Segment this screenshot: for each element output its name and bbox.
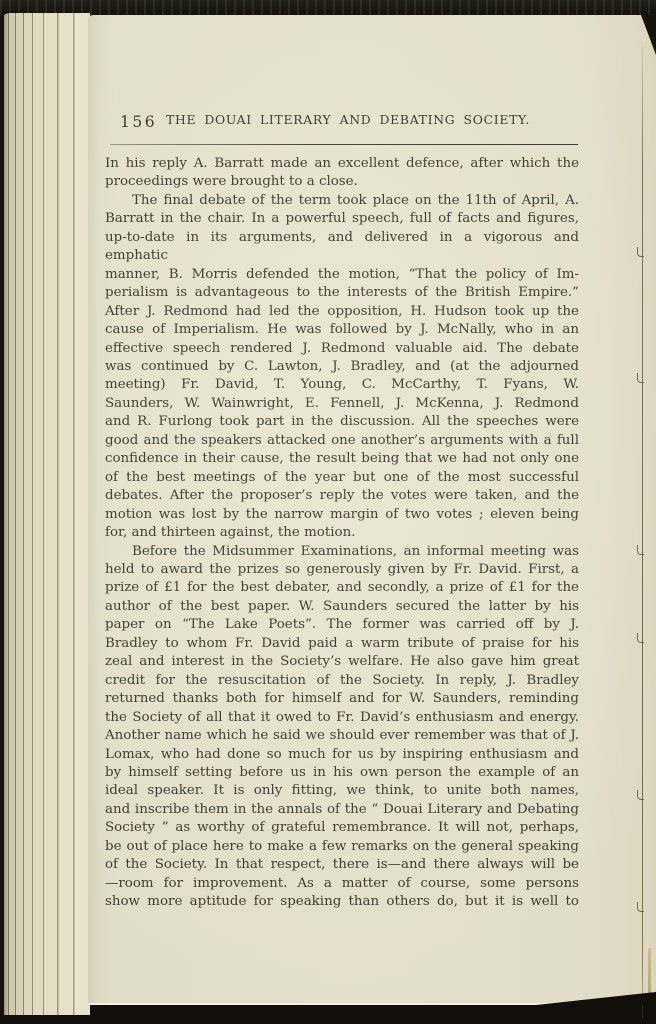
text-line: and R. Furlong took part in the discussi… [105, 413, 579, 431]
text-line: for, and thirteen against, the motion. [105, 524, 579, 542]
text-line: Bradley to whom Fr. David paid a warm tr… [105, 635, 579, 653]
text-line: zeal and interest in the Society’s welfa… [105, 653, 579, 671]
text-line: the Society of all that it owed to Fr. D… [105, 709, 579, 727]
text-line: perialism is advantageous to the interes… [105, 284, 579, 302]
book-page-edges-left [0, 13, 90, 1015]
text-line: confidence in their cause, the result be… [105, 450, 579, 468]
text-line: held to award the prizes so generously g… [105, 561, 579, 579]
text-line: Lomax, who had done so much for us by in… [105, 746, 579, 764]
text-line: credit for the resuscitation of the Soci… [105, 672, 579, 690]
text-line: prize of £1 for the best debater, and se… [105, 579, 579, 597]
page-curl-mark [637, 790, 644, 800]
text-line: and inscribe them in the annals of the “… [105, 801, 579, 819]
page-curl-mark [637, 373, 644, 383]
page-curl-mark [637, 633, 644, 643]
photo-background-top [0, 0, 656, 15]
shadow-wedge-top-right [641, 15, 656, 55]
page-number: 156 [120, 113, 157, 131]
text-line: returned thanks both for himself and for… [105, 690, 579, 708]
text-line: paper on “The Lake Poets”. The former wa… [105, 616, 579, 634]
text-line: After J. Redmond had led the opposition,… [105, 303, 579, 321]
page-content: 156 THE DOUAI LITERARY AND DEBATING SOCI… [105, 15, 579, 1003]
header-rule [110, 144, 578, 145]
text-line: —room for improvement. As a matter of co… [105, 875, 579, 893]
page-edge-crease [642, 46, 644, 1018]
text-line: Barratt in the chair. In a powerful spee… [105, 210, 579, 228]
text-line: Society ” as worthy of grateful remembra… [105, 819, 579, 837]
text-line: was continued by C. Lawton, J. Bradley, … [105, 358, 579, 376]
page-curl-mark [637, 247, 644, 257]
text-line: cause of Imperialism. He was followed by… [105, 321, 579, 339]
text-line: good and the speakers attacked one anoth… [105, 432, 579, 450]
text-line: Another name which he said we should eve… [105, 727, 579, 745]
text-line: by himself setting before us in his own … [105, 764, 579, 782]
shadow-wedge-bottom-right [536, 992, 656, 1005]
photo-background-bottom [0, 1005, 656, 1024]
text-line: Before the Midsummer Examinations, an in… [105, 543, 579, 561]
page-header: 156 THE DOUAI LITERARY AND DEBATING SOCI… [105, 112, 579, 132]
text-line: proceedings were brought to a close. [105, 173, 579, 191]
page-curl-mark [637, 902, 644, 912]
text-line: Saunders, W. Wainwright, E. Fennell, J. … [105, 395, 579, 413]
text-line: be out of place here to make a few remar… [105, 838, 579, 856]
text-line: motion was lost by the narrow margin of … [105, 506, 579, 524]
text-line: The final debate of the term took place … [105, 192, 579, 210]
text-line: effective speech rendered J. Redmond val… [105, 340, 579, 358]
text-line: In his reply A. Barratt made an excellen… [105, 155, 579, 173]
page-curl-mark [637, 545, 644, 555]
text-line: manner, B. Morris defended the motion, “… [105, 266, 579, 284]
text-line: up-to-date in its arguments, and deliver… [105, 229, 579, 266]
text-line: meeting) Fr. David, T. Young, C. McCarth… [105, 376, 579, 394]
text-line: author of the best paper. W. Saunders se… [105, 598, 579, 616]
text-line: ideal speaker. It is only fitting, we th… [105, 782, 579, 800]
text-line: show more aptitude for speaking than oth… [105, 893, 579, 911]
text-line: debates. After the proposer’s reply the … [105, 487, 579, 505]
book-page: 156 THE DOUAI LITERARY AND DEBATING SOCI… [88, 15, 656, 1005]
text-line: of the Society. In that respect, there i… [105, 856, 579, 874]
book-scan: 156 THE DOUAI LITERARY AND DEBATING SOCI… [0, 0, 656, 1024]
rough-page-edge [648, 948, 651, 996]
page-body: In his reply A. Barratt made an excellen… [105, 155, 579, 912]
text-line: of the best meetings of the year but one… [105, 469, 579, 487]
running-header: THE DOUAI LITERARY AND DEBATING SOCIETY. [105, 112, 579, 127]
